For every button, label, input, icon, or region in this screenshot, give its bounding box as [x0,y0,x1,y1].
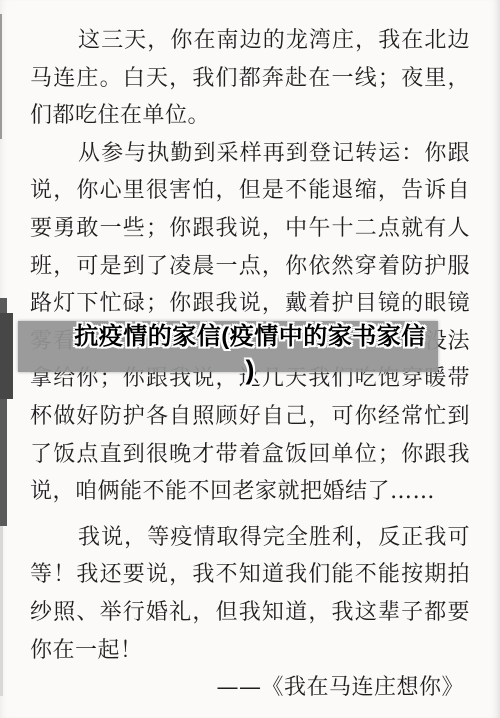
letter-line: 等！我还要说，我不知道我们能不能按期拍婚 [30,556,470,594]
letter-line: 从参与执勤到采样再到登记转运：你跟我 [30,135,470,173]
letter-line: 我说，等疫情取得完全胜利，反正我可以 [30,519,470,557]
article-title-line1: 抗疫情的家信(疫情中的家书家信 [0,320,500,354]
letter-line: 们都吃住在单位。 [30,97,470,135]
letter-line: 纱照、举行婚礼，但我知道，我这辈子都要跟 [30,594,470,632]
letter-line: 杯做好防护各自照顾好自己，可你经常忙到过 [30,398,470,436]
attribution-line: ——《我在马连庄想你》 [30,669,470,707]
scan-artifact-left-thin-line [0,14,2,139]
article-title: 抗疫情的家信(疫情中的家书家信 ) [0,320,500,386]
letter-line: 说，你心里很害怕，但是不能退缩，告诉自己 [30,172,470,210]
letter-line: 说，咱俩能不能不回老家就把婚结了…… [30,473,470,511]
letter-line: 了饭点直到很晚才带着盒饭回单位；你跟我 [30,436,470,474]
letter-photo-page: 这三天，你在南边的龙湾庄，我在北边的马连庄。白天，我们都奔赴在一线；夜里，我们都… [0,0,500,718]
letter-line: 路灯下忙碌；你跟我说，戴着护目镜的眼镜起 [30,285,470,323]
letter-line: 你在一起！ [30,632,470,670]
letter-line: 马连庄。白天，我们都奔赴在一线；夜里，我 [30,60,470,98]
letter-line: 要勇敢一些；你跟我说，中午十二点就有人换 [30,210,470,248]
article-title-line2: ) [0,354,500,386]
scan-artifact-left-fade [0,526,3,696]
letter-line: 这三天，你在南边的龙湾庄，我在北边的 [30,22,470,60]
letter-line: 班，可是到了凌晨一点，你依然穿着防护服在 [30,248,470,286]
